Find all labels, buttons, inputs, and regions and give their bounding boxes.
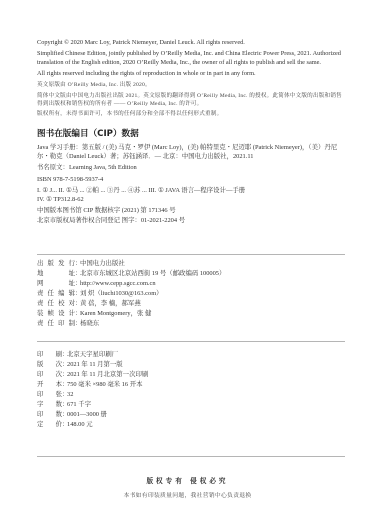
field-label: 字 数: [37, 400, 62, 410]
field-label: 印 数: [37, 410, 62, 420]
field-label: 责任校对: [37, 299, 75, 309]
editor-row: 责任编辑：刘 炽（liuchi1030@163.com）: [37, 289, 345, 299]
divider-3: [37, 456, 345, 457]
design-row: 装帧设计：Karen Montgomery，张 健: [37, 309, 345, 319]
classification-number: IV. ① TP312.8-62: [37, 196, 345, 205]
quality-return-note: 本书如有印装质量问题，我社营销中心负责退换: [0, 490, 375, 499]
field-value: 黄 蓓，李 楠，郝军燕: [80, 299, 141, 309]
cip-data-number: 中国版本图书馆 CIP 数据核字 (2021) 第 171346 号: [37, 207, 345, 216]
printing-info: 印 刷：北京天宇星印刷厂 版 次：2021 年 11 月第一版 印 次：2021…: [37, 350, 345, 430]
field-value: 671 千字: [67, 400, 91, 410]
address-row: 地 址：北京市东城区北京站西街 19 号（邮政编码 100005）: [37, 269, 345, 279]
field-label: 开 本: [37, 380, 62, 390]
original-title: 书名原文：Learning Java, 5th Edition: [37, 164, 345, 173]
divider-1: [37, 254, 345, 255]
field-label: 责任编辑: [37, 289, 75, 299]
field-label: 网 址: [37, 279, 75, 289]
field-label: 出版发行: [37, 259, 75, 269]
copyright-contract-registration: 北京市版权局著作权合同登记 图字：01-2021-2204 号: [37, 217, 345, 226]
field-value: 148.00 元: [67, 420, 93, 430]
cip-block: 图书在版编目（CIP）数据 Java 学习手册：第五版 / (美) 马克・罗伊 …: [37, 127, 345, 226]
reproduction-notice-cn: 版权所有，未得书面许可，本书的任何部分和全部不得以任何形式重制。: [37, 110, 345, 118]
print-supervisor-row: 责任印制：杨晓东: [37, 319, 345, 329]
printer-row: 印 刷：北京天宇星印刷厂: [37, 350, 345, 360]
impression-row: 印 次：2021 年 11 月北京第一次印刷: [37, 370, 345, 380]
field-value: 32: [67, 390, 73, 400]
original-edition-cn: 英文原版由 O’Reilly Media, Inc. 出版 2020。: [37, 81, 345, 89]
translation-authorization-cn: 简体中文版由中国电力出版社出版 2021。英文原版的翻译得到 O’Reilly …: [37, 92, 345, 108]
sheets-row: 印 张：32: [37, 390, 345, 400]
field-value: Karen Montgomery，张 健: [80, 309, 151, 319]
field-label: 印 张: [37, 390, 62, 400]
field-value: 2021 年 11 月北京第一次印刷: [67, 370, 148, 380]
website-link[interactable]: http://www.cepp.sgcc.com.cn: [80, 279, 156, 289]
subject-headings: I. ① J... II. ①马 ... ②帕 ... ③丹 ... ④苏 ..…: [37, 187, 345, 196]
field-value: 杨晓东: [80, 319, 99, 329]
field-label: 印 刷: [37, 350, 62, 360]
field-label: 地 址: [37, 269, 75, 279]
word-count-row: 字 数：671 千字: [37, 400, 345, 410]
isbn: ISBN 978-7-5198-5937-4: [37, 176, 345, 185]
field-value: 2021 年 11 月第一版: [67, 360, 123, 370]
proofreader-row: 责任校对：黄 蓓，李 楠，郝军燕: [37, 299, 345, 309]
format-row: 开 本：750 毫米 ×980 毫米 16 开本: [37, 380, 345, 390]
copyright-block: Copyright © 2020 Marc Loy, Patrick Nieme…: [37, 39, 345, 118]
publisher-info: 出版发行：中国电力出版社 地 址：北京市东城区北京站西街 19 号（邮政编码 1…: [37, 259, 345, 329]
publisher-row: 出版发行：中国电力出版社: [37, 259, 345, 269]
price-row: 定 价：148.00 元: [37, 420, 345, 430]
field-value: 750 毫米 ×980 毫米 16 开本: [67, 380, 143, 390]
print-run-row: 印 数：0001—3000 册: [37, 410, 345, 420]
cip-entry: Java 学习手册：第五版 / (美) 马克・罗伊 (Marc Loy)，(美)…: [37, 144, 345, 161]
field-value: 0001—3000 册: [67, 410, 107, 420]
website-row: 网 址：http://www.cepp.sgcc.com.cn: [37, 279, 345, 289]
field-label: 定 价: [37, 420, 62, 430]
field-label: 装帧设计: [37, 309, 75, 319]
cip-heading: 图书在版编目（CIP）数据: [37, 127, 345, 139]
field-label: 责任印制: [37, 319, 75, 329]
divider-2: [37, 341, 345, 342]
field-label: 版 次: [37, 360, 62, 370]
field-value: 中国电力出版社: [80, 259, 125, 269]
field-value: 刘 炽（liuchi1030@163.com）: [80, 289, 163, 299]
edition-statement: Simplified Chinese Edition, jointly publ…: [37, 50, 345, 67]
edition-row: 版 次：2021 年 11 月第一版: [37, 360, 345, 370]
field-label: 印 次: [37, 370, 62, 380]
rights-statement: All rights reserved including the rights…: [37, 70, 345, 78]
copyright-line: Copyright © 2020 Marc Loy, Patrick Nieme…: [37, 39, 345, 47]
field-value: 北京市东城区北京站西街 19 号（邮政编码 100005）: [80, 269, 225, 279]
rights-reserved: 版权专有 侵权必究: [0, 475, 375, 485]
field-value: 北京天宇星印刷厂: [67, 350, 118, 360]
